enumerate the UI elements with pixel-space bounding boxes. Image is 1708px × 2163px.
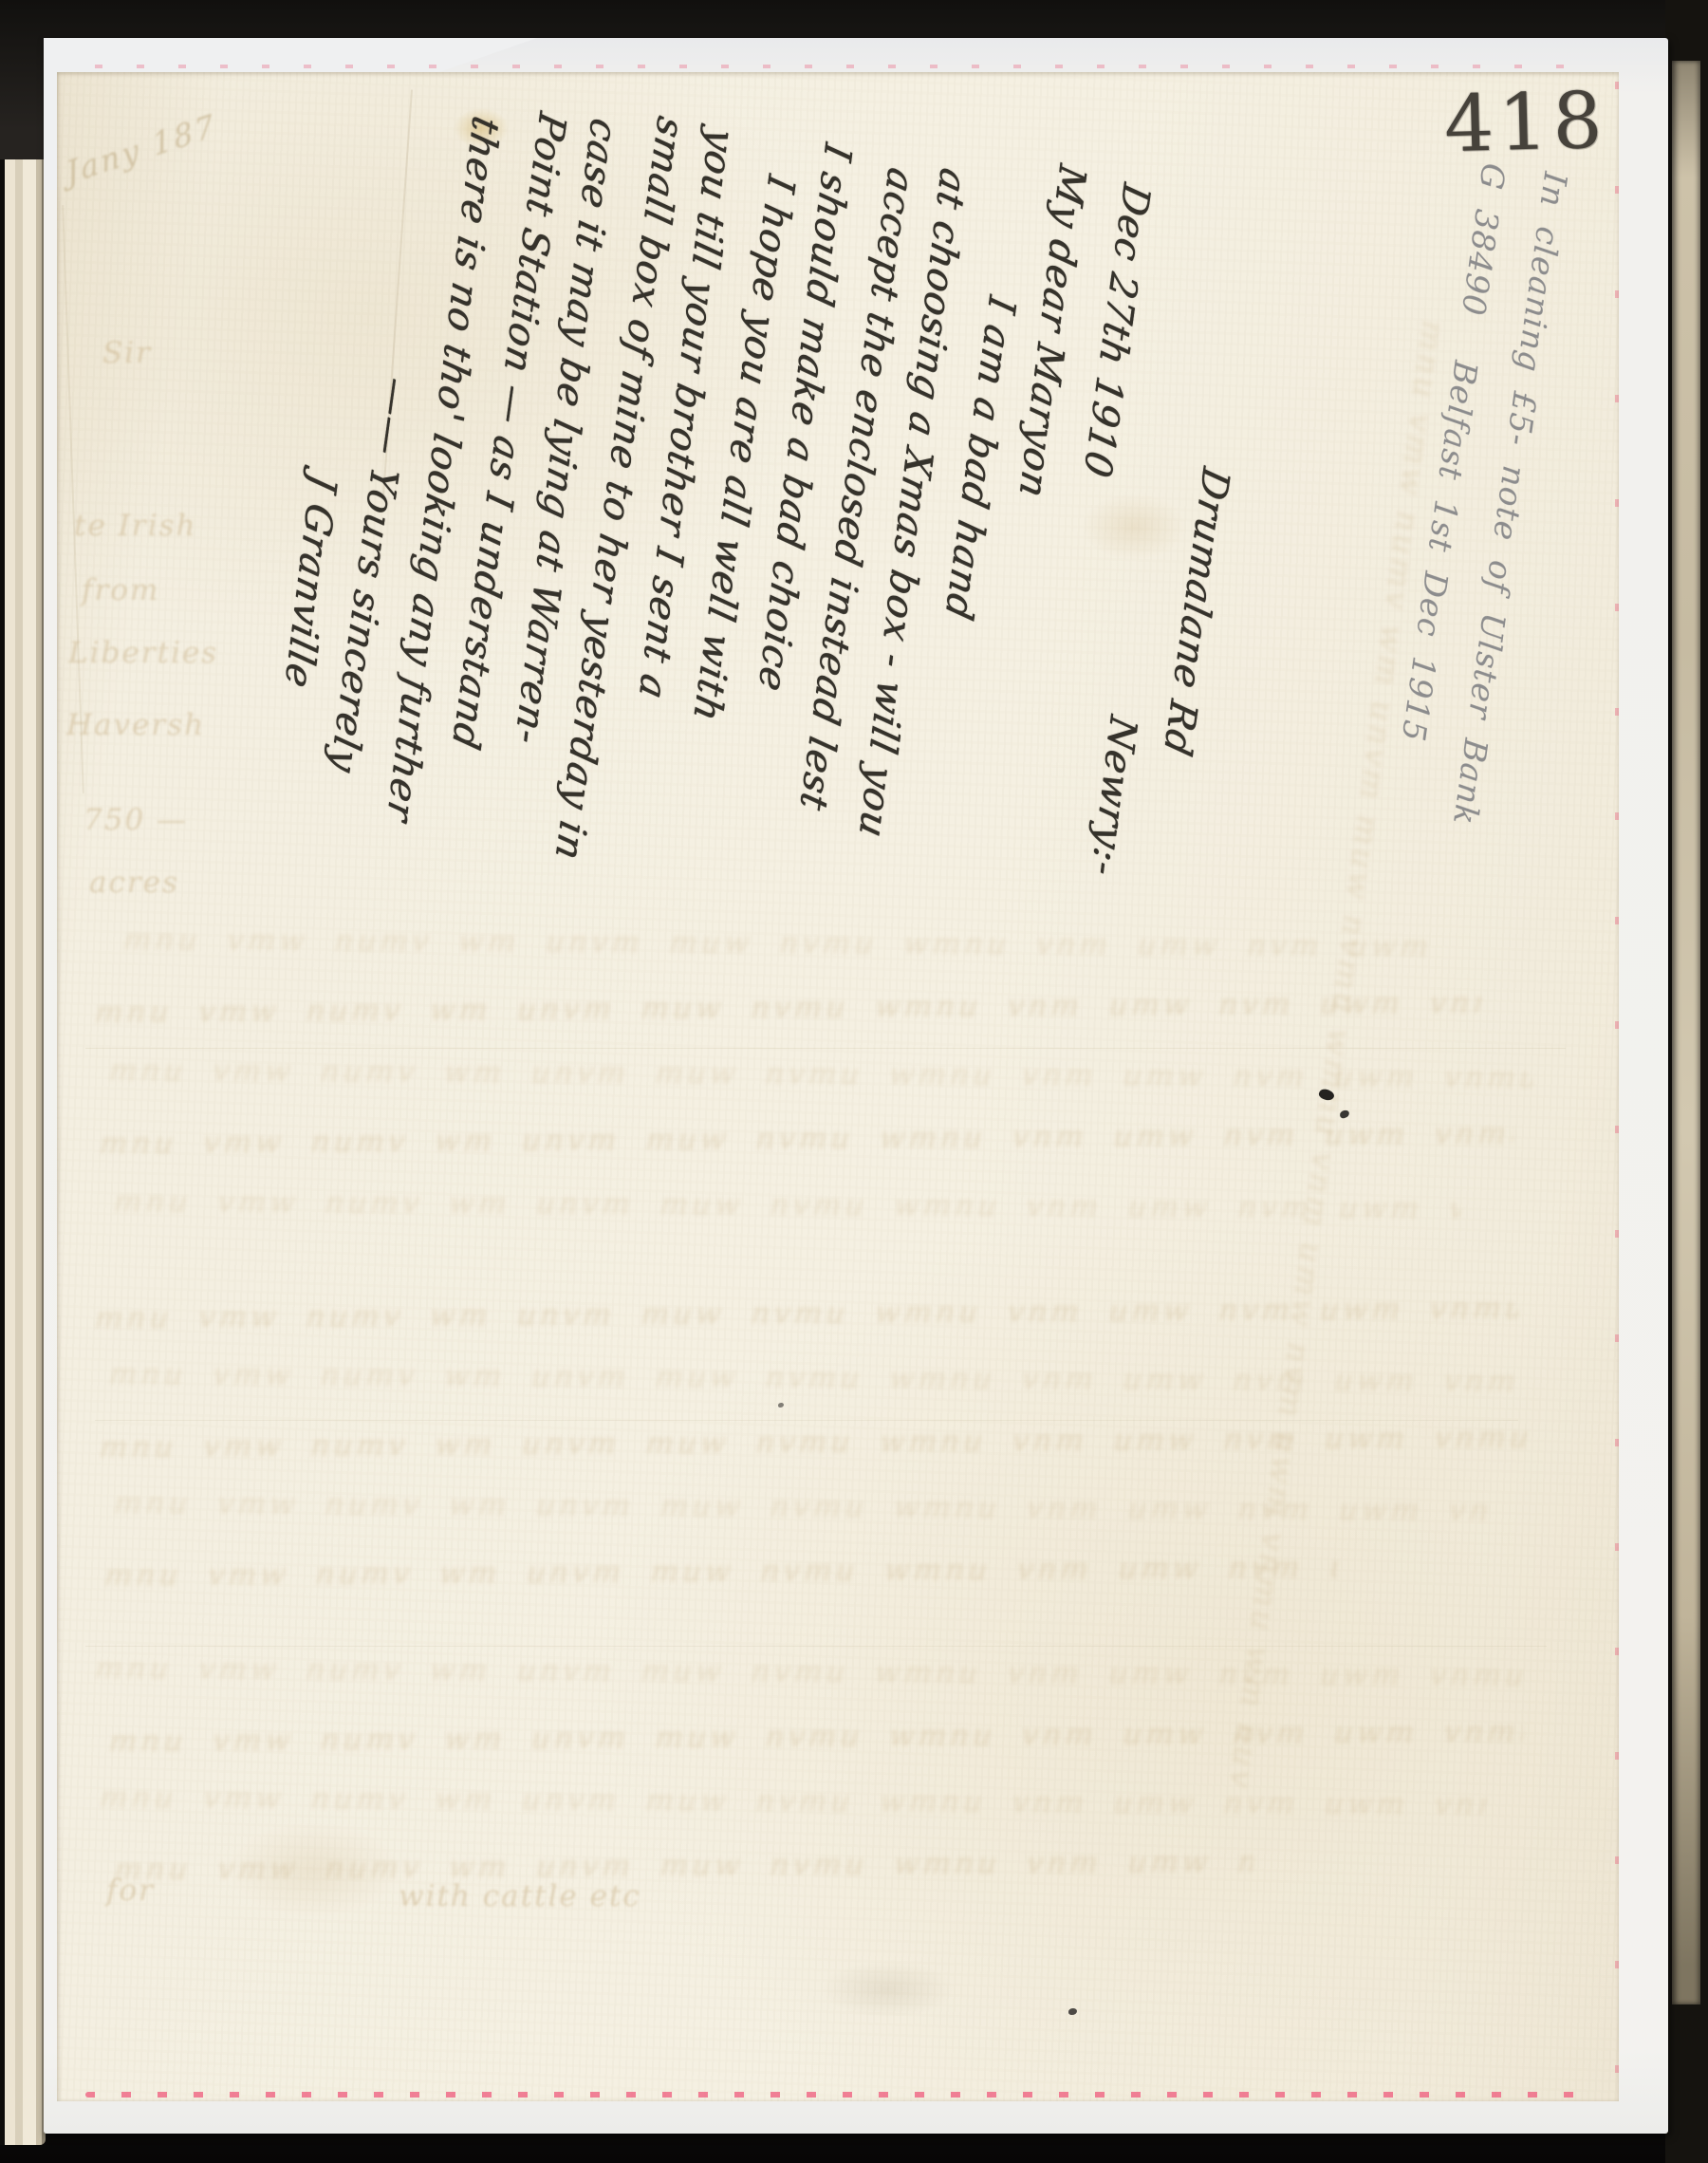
scanned-letter-page: 418 Jany 187 In cleaning £5- note of Uls…	[0, 0, 1708, 2163]
previous-page-edge	[0, 159, 46, 2145]
ghost-text-line: mnu vmw numv wm unvm muw nvmu wmnu vnm u…	[98, 1781, 1487, 1826]
ghost-text-line: mnu vmw numv wm unvm muw nvmu wmnu vnm u…	[107, 1715, 1525, 1762]
ghost-word: Sir	[102, 336, 152, 370]
ink-blot	[778, 1403, 784, 1408]
ghost-text-line: mnu vmw numv wm unvm muw nvmu wmnu vnm u…	[121, 923, 1435, 967]
ghost-text-line: mnu vmw numv wm unvm muw nvmu wmnu vnm u…	[102, 1550, 1340, 1596]
ghost-word: Liberties	[68, 636, 218, 670]
ghost-word: acres	[89, 866, 179, 900]
ink-blot	[1068, 2008, 1077, 2015]
ghost-text-line: mnu vmw numv wm unvm muw nvmu wmnu vnm u…	[112, 1486, 1492, 1532]
pencil-serial: G 38490	[1454, 160, 1513, 318]
paper-crease	[85, 1646, 1547, 1647]
paper-crease	[62, 205, 84, 793]
ghost-text-line: mnu vmw numv wm unvm muw nvmu wmnu vnm u…	[112, 1845, 1254, 1891]
ghost-word: from	[82, 573, 159, 607]
ghost-text-line: mnu vmw numv wm unvm muw nvmu wmnu vnm u…	[98, 1117, 1515, 1165]
ghost-text-line: mnu vmw numv wm unvm muw nvmu wmnu vnm u…	[93, 1651, 1539, 1697]
ghost-text-line: mnu vmw numv wm unvm muw nvmu wmnu vnm u…	[98, 1421, 1534, 1469]
ghost-word: 750 —	[84, 803, 188, 837]
ghost-word: Haversh	[66, 708, 205, 742]
page-number-stamp: 418	[1443, 76, 1608, 170]
paper-stain	[821, 1961, 954, 2018]
ghost-text-line: mnu vmw numv wm unvm muw nvmu wmnu vnm u…	[107, 1054, 1534, 1099]
letter-page: 418 Jany 187 In cleaning £5- note of Uls…	[57, 72, 1619, 2101]
ghost-text-line: mnu vmw numv wm unvm muw nvmu wmnu vnm u…	[107, 1357, 1515, 1403]
stitch-dots-bottom	[85, 2092, 1585, 2098]
ghost-text-line: mnu vmw numv wm unvm muw nvmu wmnu vnm u…	[112, 1184, 1463, 1229]
ghost-word: te Irish	[74, 509, 197, 543]
stitch-dots-right	[1615, 82, 1619, 2084]
right-page-stack	[1665, 0, 1708, 2163]
page-edges-strip	[1672, 61, 1700, 2005]
corner-scribble: Jany 187	[64, 106, 219, 191]
